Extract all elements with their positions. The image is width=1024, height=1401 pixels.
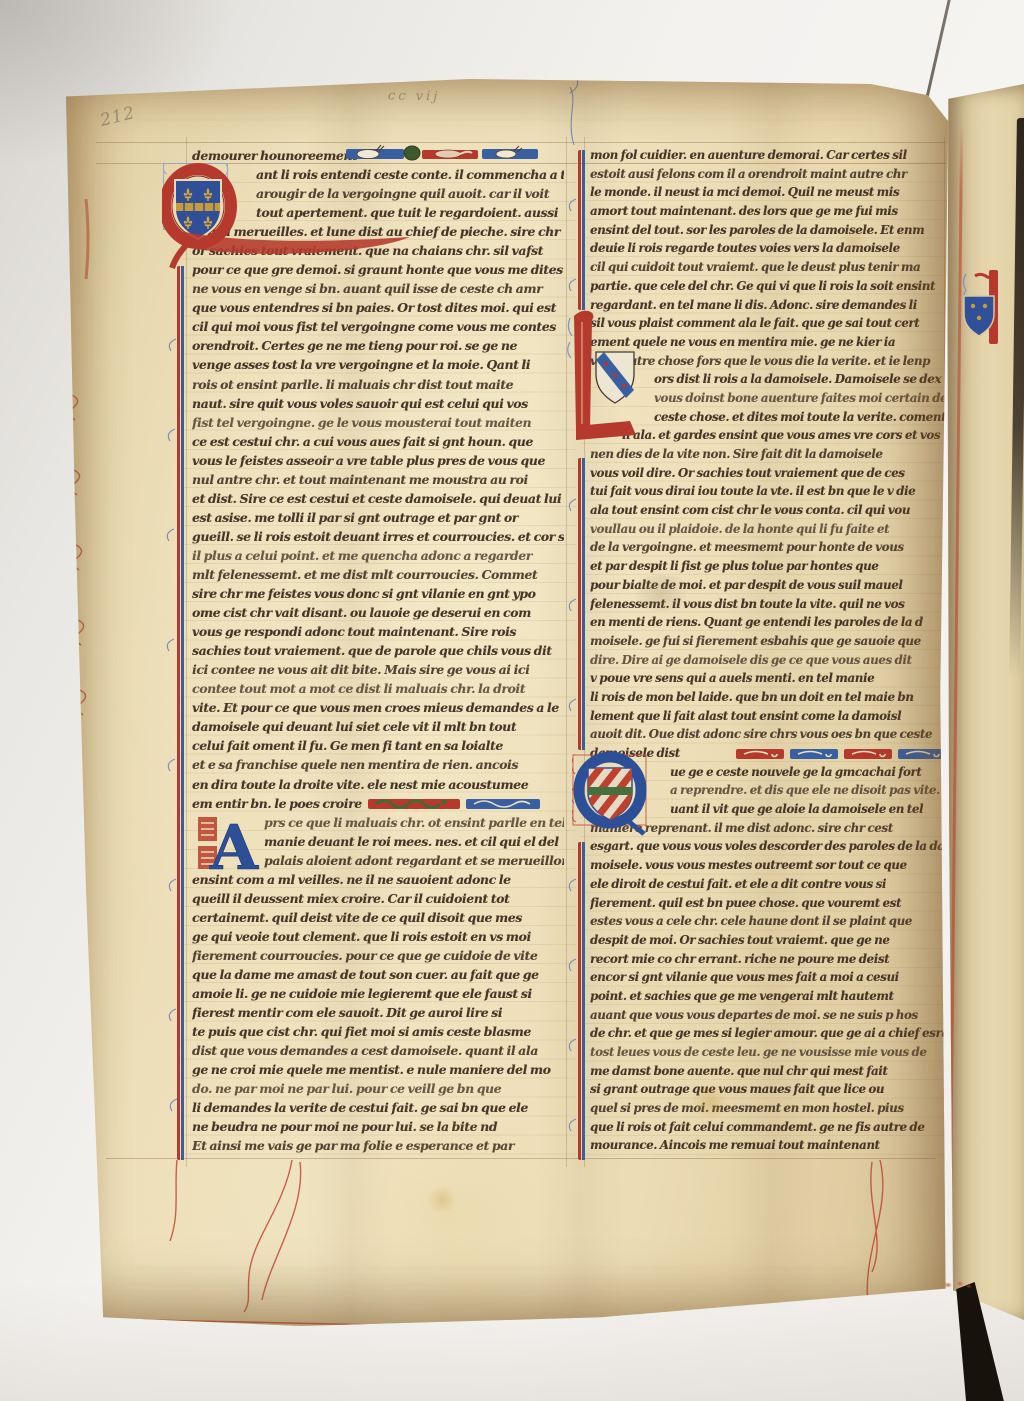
manuscript-photograph: desamt dsoit veiloten nule male vous pao…	[0, 0, 1024, 1401]
fore-edge-red-dots	[942, 1278, 972, 1292]
facing-initial-l	[960, 268, 1004, 348]
penwork-flourishes	[66, 79, 950, 1326]
facing-page-strip: desamt dsoit veiloten nule male vous pao…	[946, 84, 1024, 1320]
manuscript-page: 212 cc vij demourer hounoreement ant li …	[66, 79, 950, 1326]
